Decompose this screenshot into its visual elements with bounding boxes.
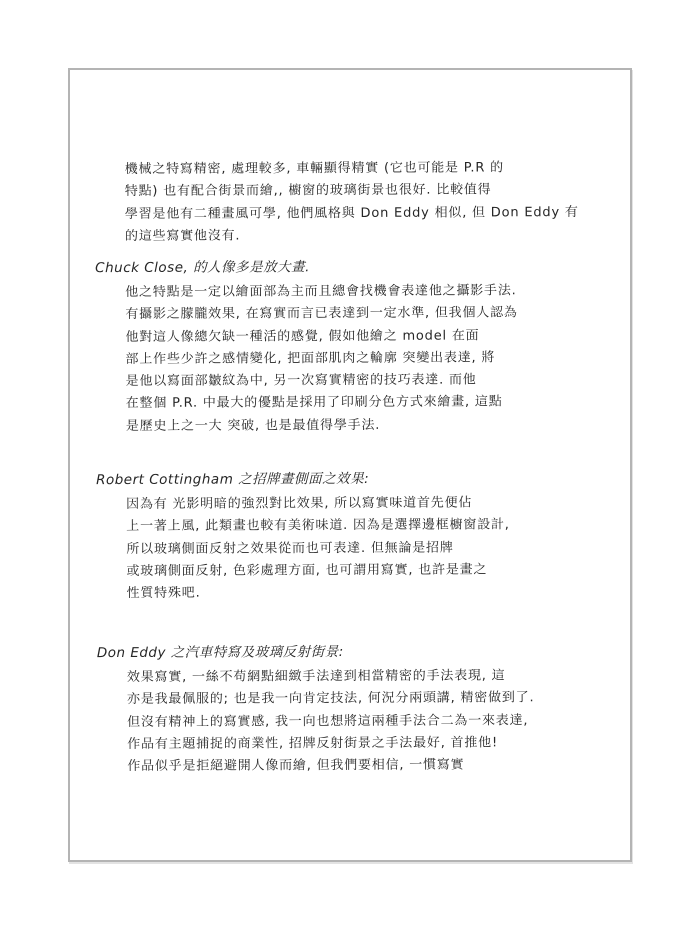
- handwritten-line: 學習是他有二種畫風可學, 他們風格與 Don Eddy 相似, 但 Don Ed…: [125, 201, 629, 225]
- handwritten-line: 作品似乎是拒絕避開人像而繪, 但我們要相信, 一慣寫實: [127, 754, 631, 778]
- section-heading-robert-cottingham: Robert Cottingham 之招牌畫側面之效果:: [96, 467, 630, 491]
- handwritten-line: 機械之特寫精密, 處理較多, 車輛顯得精實 (它也可能是 P.R 的: [125, 157, 629, 181]
- handwritten-line: 因為有 光影明暗的強烈對比效果, 所以寫實味道首先便佔: [126, 492, 630, 516]
- handwritten-line: 在整個 P.R. 中最大的優點是採用了印刷分色方式來繪畫, 這點: [126, 391, 630, 415]
- handwritten-line: 他之特點是一定以繪面部為主而且總會找機會表達他之攝影手法.: [125, 280, 629, 304]
- section-chuck-close: Chuck Close, 的人像多是放大畫. 他之特點是一定以繪面部為主而且總會…: [69, 255, 630, 439]
- handwritten-line: 但沒有精神上的寫實感, 我一向也想將這兩種手法合二為一來表達,: [127, 709, 631, 733]
- handwritten-line: 性質特殊吧.: [127, 581, 631, 605]
- handwritten-line: 亦是我最佩服的; 也是我一向肯定技法, 何況分兩頭講, 精密做到了.: [127, 687, 631, 711]
- handwritten-line: 上一著上風, 此類畫也較有美術味道. 因為是選擇邊框櫥窗設計,: [126, 514, 630, 538]
- handwritten-line: 的這些寫實他沒有.: [125, 224, 629, 248]
- handwritten-line: 是他以寫面部皺紋為中, 另一次寫實精密的技巧表達. 而他: [126, 369, 630, 393]
- section-robert-cottingham: Robert Cottingham 之招牌畫側面之效果: 因為有 光影明暗的強烈…: [70, 467, 631, 606]
- handwritten-line: 特點) 也有配合街景而繪,, 櫥窗的玻璃街景也很好. 比較值得: [125, 179, 629, 203]
- handwritten-line: 他對這人像總欠缺一種活的感覺, 假如他繪之 model 在面: [125, 324, 629, 348]
- section-heading-chuck-close: Chuck Close, 的人像多是放大畫.: [95, 255, 629, 279]
- scanned-page: 機械之特寫精密, 處理較多, 車輛顯得精實 (它也可能是 P.R 的 特點) 也…: [68, 68, 632, 862]
- section-don-eddy: Don Eddy 之汽車特寫及玻璃反射街景: 效果寫實, 一絲不苟網點細緻手法達…: [71, 640, 632, 779]
- section-heading-don-eddy: Don Eddy 之汽車特寫及玻璃反射街景:: [97, 640, 631, 664]
- handwritten-line: 或玻璃側面反射, 色彩處理方面, 也可謂用寫實, 也許是畫之: [126, 559, 630, 583]
- handwritten-notes: 機械之特寫精密, 處理較多, 車輛顯得精實 (它也可能是 P.R 的 特點) 也…: [68, 69, 631, 861]
- handwritten-line: 是歷史上之一大 突破, 也是最值得學手法.: [126, 414, 630, 438]
- handwritten-line: 作品有主題捕捉的商業性, 招牌反射街景之手法最好, 首推他!: [127, 732, 631, 756]
- handwritten-line: 所以玻璃側面反射之效果從而也可表達. 但無論是招牌: [126, 536, 630, 560]
- handwritten-line: 部上作些少許之感情變化, 把面部肌肉之輪廓 突變出表達, 將: [125, 347, 629, 371]
- handwritten-line: 有攝影之朦朧效果, 在寫實而言已表達到一定水準, 但我個人認為: [125, 302, 629, 326]
- handwritten-line: 效果寫實, 一絲不苟網點細緻手法達到相當精密的手法表現, 這: [127, 665, 631, 689]
- section-intro: 機械之特寫精密, 處理較多, 車輛顯得精實 (它也可能是 P.R 的 特點) 也…: [69, 157, 629, 249]
